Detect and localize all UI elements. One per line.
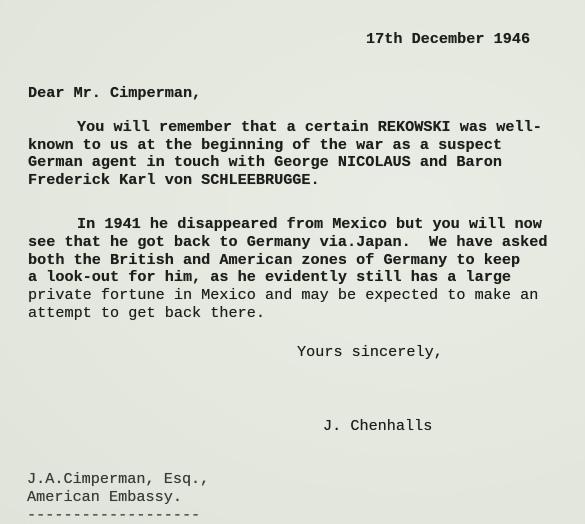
- salutation: Dear Mr. Cimperman,: [28, 84, 201, 102]
- recipient-organization: American Embassy.: [27, 488, 182, 506]
- paragraph-line: In 1941 he disappeared from Mexico but y…: [77, 215, 542, 233]
- paragraph-line: German agent in touch with George NICOLA…: [28, 153, 502, 171]
- paragraph-line: private fortune in Mexico and may be exp…: [28, 286, 538, 304]
- recipient-name: J.A.Cimperman, Esq.,: [27, 470, 209, 488]
- closing: Yours sincerely,: [297, 343, 443, 361]
- paragraph-line: attempt to get back there.: [28, 304, 265, 322]
- paragraph-line: Frederick Karl von SCHLEEBRUGGE.: [28, 171, 320, 189]
- paragraph-line: known to us at the beginning of the war …: [28, 136, 502, 154]
- recipient-rule: -------------------: [27, 506, 200, 524]
- signature: J. Chenhalls: [323, 417, 432, 435]
- paragraph-line: both the British and American zones of G…: [28, 251, 520, 269]
- letter-date: 17th December 1946: [366, 30, 530, 48]
- paragraph-line: see that he got back to Germany via.Japa…: [28, 233, 548, 251]
- paragraph-line: You will remember that a certain REKOWSK…: [77, 118, 542, 136]
- paragraph-line: a look-out for him, as he evidently stil…: [28, 268, 511, 286]
